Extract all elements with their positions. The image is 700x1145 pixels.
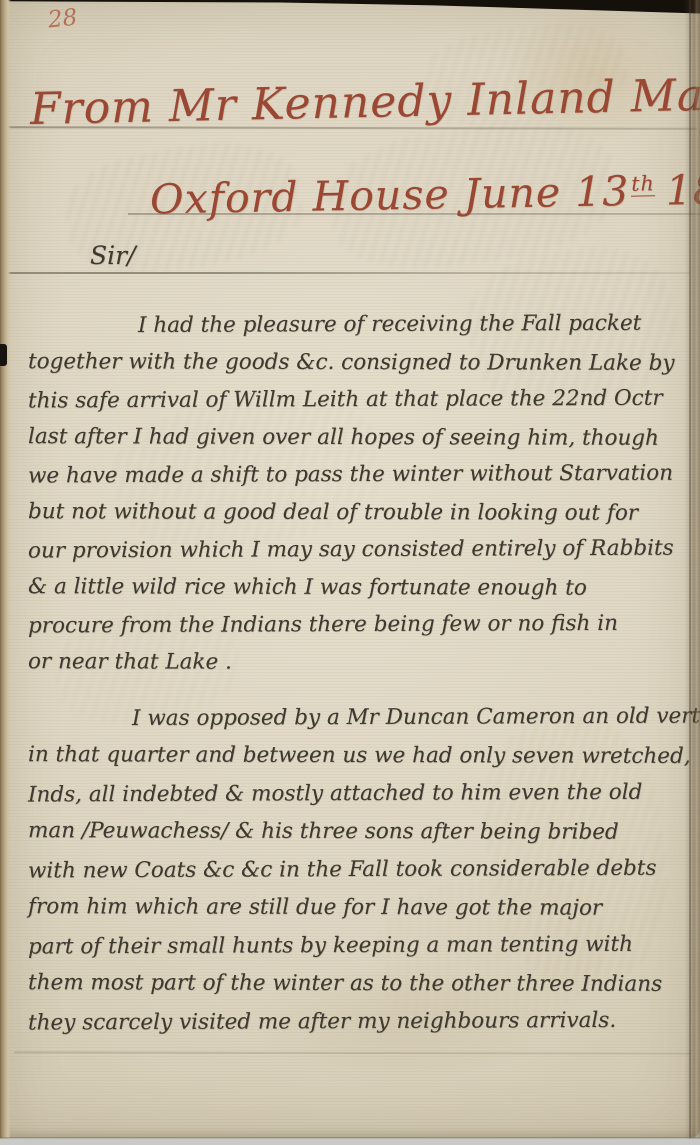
scan-edge-bottom <box>0 1137 700 1145</box>
manuscript-line: man /Peuwachess/ & his three sons after … <box>28 812 692 852</box>
manuscript-line: they scarcely visited me after my neighb… <box>28 1002 692 1043</box>
salutation: Sir/ <box>90 241 136 270</box>
page-edge-right <box>684 0 700 1145</box>
paragraph-2: I was opposed by a Mr Duncan Cameron an … <box>28 699 692 1041</box>
binding-edge-left <box>0 0 11 1145</box>
manuscript-line: & a little wild rice which I was fortuna… <box>28 568 692 607</box>
manuscript-line: procure from the Indians there being few… <box>28 605 692 645</box>
manuscript-line: I had the pleasure of receiving the Fall… <box>28 305 692 345</box>
ruled-line <box>0 272 690 274</box>
manuscript-line: our provision which I may say consisted … <box>28 530 692 570</box>
heading-place-day: Oxford House June 13 <box>150 167 630 223</box>
manuscript-line: or near that Lake . <box>28 643 692 682</box>
date-ordinal-superscript: th <box>631 171 655 196</box>
letter-heading-place-date: Oxford House June 13th1808 <box>150 165 700 224</box>
manuscript-line: but not without a good deal of trouble i… <box>28 493 692 532</box>
letter-page: 28 From Mr Kennedy Inland Master Oxford … <box>0 0 700 1138</box>
manuscript-line: I was opposed by a Mr Duncan Cameron an … <box>28 698 692 739</box>
manuscript-scan: 28 From Mr Kennedy Inland Master Oxford … <box>0 0 700 1145</box>
manuscript-line: them most part of the winter as to the o… <box>28 964 692 1004</box>
manuscript-line: together with the goods &c. consigned to… <box>28 343 692 382</box>
manuscript-line: from him which are still due for I have … <box>28 888 692 928</box>
manuscript-line: this safe arrival of Willm Leith at that… <box>28 380 692 420</box>
binding-dark-mark <box>0 344 7 366</box>
page-number: 28 <box>47 5 79 34</box>
paragraph-1: I had the pleasure of receiving the Fall… <box>28 306 692 681</box>
manuscript-line: in that quarter and between us we had on… <box>28 736 692 776</box>
manuscript-line: last after I had given over all hopes of… <box>28 418 692 457</box>
manuscript-line: part of their small hunts by keeping a m… <box>28 926 692 967</box>
manuscript-line: Inds, all indebted & mostly attached to … <box>28 774 692 815</box>
manuscript-line: with new Coats &c &c in the Fall took co… <box>28 850 692 891</box>
manuscript-line: we have made a shift to pass the winter … <box>28 455 692 495</box>
